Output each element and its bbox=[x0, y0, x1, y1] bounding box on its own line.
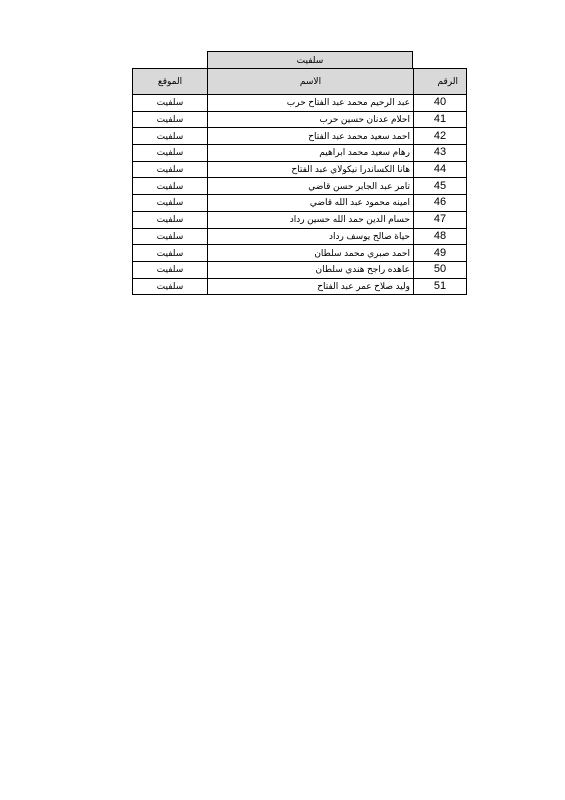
cell-number: 45 bbox=[414, 178, 467, 195]
table-row: 49 احمد صبري محمد سلطان سلفيت bbox=[133, 245, 467, 262]
table-row: 41 احلام عدنان حسين حرب سلفيت bbox=[133, 111, 467, 128]
table-row: 47 حسام الدين حمد الله حسين رداد سلفيت bbox=[133, 211, 467, 228]
table-row: 44 هانا الكساندرا نيكولاي عبد الفتاح سلف… bbox=[133, 161, 467, 178]
table-row: 42 احمد سعيد محمد عبد الفتاح سلفيت bbox=[133, 128, 467, 145]
cell-name: وليد صلاح عمر عبد الفتاح bbox=[208, 278, 414, 295]
cell-name: امينه محمود عبد الله قاضي bbox=[208, 195, 414, 212]
cell-location: سلفيت bbox=[133, 278, 208, 295]
region-header: سلفيت bbox=[207, 51, 413, 68]
cell-number: 51 bbox=[414, 278, 467, 295]
cell-number: 50 bbox=[414, 261, 467, 278]
column-header-number: الرقم bbox=[414, 69, 467, 95]
cell-location: سلفيت bbox=[133, 211, 208, 228]
cell-name: احمد صبري محمد سلطان bbox=[208, 245, 414, 262]
cell-name: رهام سعيد محمد ابراهيم bbox=[208, 145, 414, 162]
cell-name: احمد سعيد محمد عبد الفتاح bbox=[208, 128, 414, 145]
cell-name: عاهده راجح هندي سلطان bbox=[208, 261, 414, 278]
table-row: 46 امينه محمود عبد الله قاضي سلفيت bbox=[133, 195, 467, 212]
roster-table: الرقم الاسم الموقع 40 عبد الرحيم محمد عب… bbox=[132, 68, 467, 295]
cell-number: 49 bbox=[414, 245, 467, 262]
cell-number: 44 bbox=[414, 161, 467, 178]
cell-location: سلفيت bbox=[133, 261, 208, 278]
cell-name: هانا الكساندرا نيكولاي عبد الفتاح bbox=[208, 161, 414, 178]
table-row: 50 عاهده راجح هندي سلطان سلفيت bbox=[133, 261, 467, 278]
cell-name: احلام عدنان حسين حرب bbox=[208, 111, 414, 128]
column-header-location: الموقع bbox=[133, 69, 208, 95]
cell-location: سلفيت bbox=[133, 245, 208, 262]
cell-location: سلفيت bbox=[133, 95, 208, 112]
cell-location: سلفيت bbox=[133, 195, 208, 212]
cell-number: 40 bbox=[414, 95, 467, 112]
cell-location: سلفيت bbox=[133, 228, 208, 245]
cell-number: 43 bbox=[414, 145, 467, 162]
cell-number: 47 bbox=[414, 211, 467, 228]
table-header-row: الرقم الاسم الموقع bbox=[133, 69, 467, 95]
cell-name: تامر عبد الجابر حسن قاضي bbox=[208, 178, 414, 195]
table-row: 48 حياة صالح يوسف رداد سلفيت bbox=[133, 228, 467, 245]
cell-name: حسام الدين حمد الله حسين رداد bbox=[208, 211, 414, 228]
table-row: 45 تامر عبد الجابر حسن قاضي سلفيت bbox=[133, 178, 467, 195]
table-row: 40 عبد الرحيم محمد عبد الفتاح حرب سلفيت bbox=[133, 95, 467, 112]
document-page: سلفيت الرقم الاسم الموقع 40 عبد الرحيم م… bbox=[0, 0, 565, 800]
cell-location: سلفيت bbox=[133, 111, 208, 128]
table-row: 43 رهام سعيد محمد ابراهيم سلفيت bbox=[133, 145, 467, 162]
cell-location: سلفيت bbox=[133, 178, 208, 195]
cell-number: 48 bbox=[414, 228, 467, 245]
cell-name: عبد الرحيم محمد عبد الفتاح حرب bbox=[208, 95, 414, 112]
column-header-name: الاسم bbox=[208, 69, 414, 95]
cell-number: 42 bbox=[414, 128, 467, 145]
table-row: 51 وليد صلاح عمر عبد الفتاح سلفيت bbox=[133, 278, 467, 295]
cell-name: حياة صالح يوسف رداد bbox=[208, 228, 414, 245]
cell-location: سلفيت bbox=[133, 128, 208, 145]
cell-location: سلفيت bbox=[133, 145, 208, 162]
cell-number: 46 bbox=[414, 195, 467, 212]
cell-number: 41 bbox=[414, 111, 467, 128]
cell-location: سلفيت bbox=[133, 161, 208, 178]
